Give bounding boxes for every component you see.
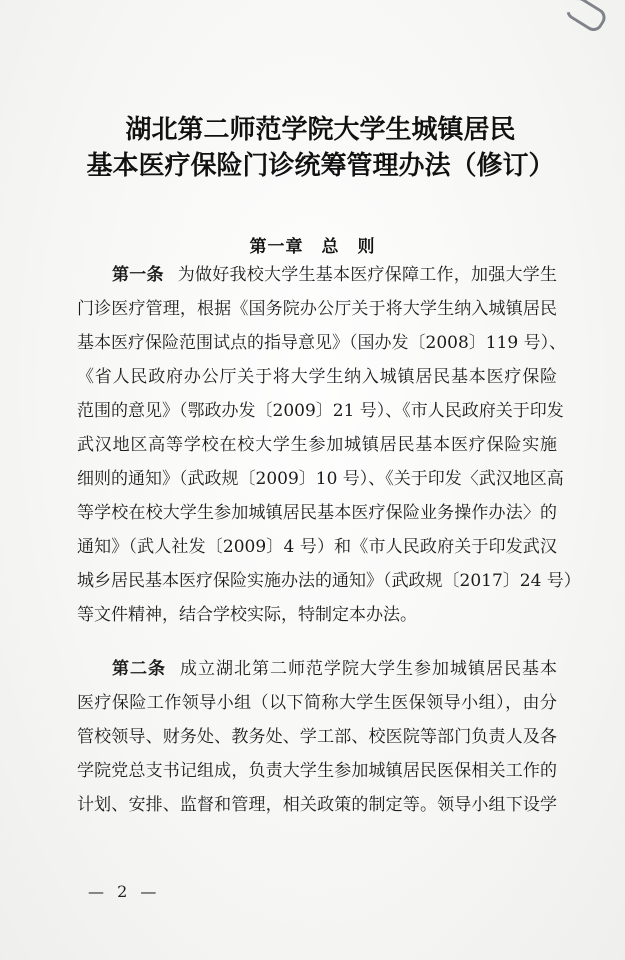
article-2-line-2: 医疗保险工作领导小组（以下简称大学生医保领导小组），由分 <box>77 691 557 715</box>
article-2-line-1: 第二条成立湖北第二师范学院大学生参加城镇居民基本 <box>112 657 557 681</box>
article-2-text: 成立湖北第二师范学院大学生参加城镇居民基本 <box>180 659 557 679</box>
article-1-label: 第一条 <box>112 265 164 285</box>
article-1-line-9: 通知》（武人社发〔2009〕4 号）和《市人民政府关于印发武汉 <box>77 535 557 559</box>
article-1-line-3: 基本医疗保险范围试点的指导意见》（国办发〔2008〕119 号）、 <box>77 331 557 355</box>
article-1-line-11: 等文件精神，结合学校实际，特制定本办法。 <box>77 603 557 627</box>
article-2-line-3: 管校领导、财务处、教务处、学工部、校医院等部门负责人及各 <box>77 725 557 749</box>
article-1-line-5: 范围的意见》（鄂政办发〔2009〕21 号）、《市人民政府关于印发 <box>77 399 557 423</box>
article-1-line-6: 武汉地区高等学校在校大学生参加城镇居民基本医疗保险实施 <box>77 433 557 457</box>
paperclip-icon <box>563 0 610 35</box>
article-1-line-2: 门诊医疗管理，根据《国务院办公厅关于将大学生纳入城镇居民 <box>77 297 557 321</box>
article-2-line-4: 学院党总支书记组成，负责大学生参加城镇居民医保相关工作的 <box>77 759 557 783</box>
document-title-line-2: 基本医疗保险门诊统筹管理办法（修订） <box>8 148 625 184</box>
document-title-line-1: 湖北第二师范学院大学生城镇居民 <box>8 112 625 148</box>
article-2-line-5: 计划、安排、监督和管理，相关政策的制定等。领导小组下设学 <box>77 793 557 817</box>
chapter-heading: 第一章 总 则 <box>0 232 625 257</box>
article-1-text: 为做好我校大学生基本医疗保障工作，加强大学生 <box>178 265 557 285</box>
article-1-line-8: 等学校在校大学生参加城镇居民基本医疗保险业务操作办法〉的 <box>77 501 557 525</box>
article-1-line-4: 《省人民政府办公厅关于将大学生纳入城镇居民基本医疗保险 <box>77 365 557 389</box>
article-1-line-1: 第一条为做好我校大学生基本医疗保障工作，加强大学生 <box>112 263 557 287</box>
page-number: — 2 — <box>88 882 160 901</box>
article-1-line-10: 城乡居民基本医疗保险实施办法的通知》（武政规〔2017〕24 号） <box>77 569 557 593</box>
article-2-label: 第二条 <box>112 659 166 679</box>
article-1-line-7: 细则的通知》（武政规〔2009〕10 号）、《关于印发〈武汉地区高 <box>77 467 557 491</box>
